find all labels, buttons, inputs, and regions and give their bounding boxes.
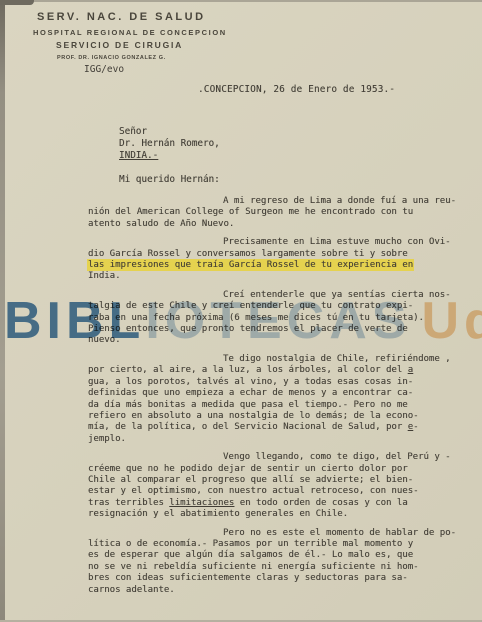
- letter-line: Te digo nostalgia de Chile, refiriéndome…: [88, 354, 434, 365]
- letter-line: nión del American College of Surgeon me …: [88, 207, 434, 218]
- body-text-segment: mía, de la política, o del Servicio Naci…: [88, 422, 408, 432]
- recipient-block: Señor Dr. Hernán Romero, INDIA.-: [119, 126, 220, 163]
- letter-line: tras terribles limitaciones en todo orde…: [88, 498, 434, 509]
- scan-edge-left: [0, 0, 5, 622]
- letter-body: A mi regreso de Lima a donde fuí a una r…: [88, 196, 434, 603]
- body-text-segment: refiero en absoluto a una nostalgia de l…: [88, 411, 419, 421]
- letter-line: da día más bonitas a medida que pasa el …: [88, 400, 434, 411]
- body-text-segment: Chile al comparar el progreso que allí s…: [88, 475, 413, 485]
- letter-line: gua, a los porotos, talvés al vino, y a …: [88, 377, 434, 388]
- letterhead-reference-code: IGG/evo: [84, 64, 124, 75]
- body-text-segment: estar y el optimismo, con nuestro actual…: [88, 486, 419, 496]
- letter-line: es de esperar que algún día salgamos de …: [88, 550, 434, 561]
- body-text-segment: dio García Rossel y conversamos largamen…: [88, 249, 408, 259]
- body-text-segment: es de esperar que algún día salgamos de …: [88, 550, 413, 560]
- letter-line: A mi regreso de Lima a donde fuí a una r…: [88, 196, 434, 207]
- letter-line: Vengo llegando, como te digo, del Perú y…: [88, 452, 434, 463]
- body-text-segment: Creí entenderle que ya sentías cierta no…: [223, 290, 451, 300]
- letter-line: refiero en absoluto a una nostalgia de l…: [88, 411, 434, 422]
- letter-line: nuevo.: [88, 335, 434, 346]
- body-text-segment: en todo orden de cosas y con la: [234, 498, 407, 508]
- body-text-segment: carnos adelante.: [88, 585, 175, 595]
- paragraph: Precisamente en Lima estuve mucho con Ov…: [88, 237, 434, 283]
- body-text-segment: Pienso entonces, que pronto tendremos el…: [88, 324, 408, 334]
- salutation: Mi querido Hernán:: [119, 174, 220, 185]
- letter-line: Pero no es este el momento de hablar de …: [88, 528, 434, 539]
- paragraph: Creí entenderle que ya sentías cierta no…: [88, 290, 434, 347]
- body-text-segment: A mi regreso de Lima a donde fuí a una r…: [223, 196, 456, 206]
- letter-line: jemplo.: [88, 434, 434, 445]
- letter-line: raba en una fecha próxima (6 meses me di…: [88, 313, 434, 324]
- body-text-segment: limitaciones: [169, 498, 234, 508]
- letterhead-hospital: HOSPITAL REGIONAL DE CONCEPCION: [33, 28, 227, 37]
- letter-line: Chile al comparar el progreso que allí s…: [88, 475, 434, 486]
- body-text-segment: bres con ideas suficientemente claras y …: [88, 573, 408, 583]
- body-text-segment: nuevo.: [88, 335, 121, 345]
- letter-line: India.: [88, 271, 434, 282]
- body-text-segment: -: [413, 422, 418, 432]
- body-text-segment: gua, a los porotos, talvés al vino, y a …: [88, 377, 413, 387]
- letter-line: Precisamente en Lima estuve mucho con Ov…: [88, 237, 434, 248]
- body-text-segment: por cierto, al aire, a la luz, a los árb…: [88, 365, 408, 375]
- letter-line: talgia de este Chile y creí entenderle q…: [88, 301, 434, 312]
- body-text-segment: créeme que no he podido dejar de sentir …: [88, 464, 408, 474]
- body-text-segment: a: [408, 365, 413, 375]
- letter-line: mía, de la política, o del Servicio Naci…: [88, 422, 434, 433]
- letter-line: por cierto, al aire, a la luz, a los árb…: [88, 365, 434, 376]
- letter-line: las impresiones que traía García Rossel …: [88, 260, 434, 271]
- letter-line: bres con ideas suficientemente claras y …: [88, 573, 434, 584]
- body-text-segment: no se ve ni rebeldía suficiente ni energ…: [88, 562, 419, 572]
- letterhead-institution: SERV. NAC. DE SALUD: [37, 11, 206, 23]
- recipient-honorific: Señor: [119, 126, 220, 138]
- scan-corner-mark: [0, 0, 34, 5]
- letter-line: atento saludo de Año Nuevo.: [88, 219, 434, 230]
- letter-line: resignación y el abatimiento generales e…: [88, 509, 434, 520]
- body-text-segment: Pero no es este el momento de hablar de …: [223, 528, 456, 538]
- body-text-segment: Vengo llegando, como te digo, del Perú y…: [223, 452, 451, 462]
- body-text-segment: definidas que uno empieza a echar de men…: [88, 388, 413, 398]
- letter-line: Creí entenderle que ya sentías cierta no…: [88, 290, 434, 301]
- body-text-segment: resignación y el abatimiento generales e…: [88, 509, 348, 519]
- highlighted-text: las impresiones que traía García Rossel …: [88, 260, 413, 270]
- body-text-segment: da día más bonitas a medida que pasa el …: [88, 400, 408, 410]
- letter-line: dio García Rossel y conversamos largamen…: [88, 249, 434, 260]
- letter-line: no se ve ni rebeldía suficiente ni energ…: [88, 562, 434, 573]
- body-text-segment: jemplo.: [88, 434, 126, 444]
- scanned-letter-page: SERV. NAC. DE SALUD HOSPITAL REGIONAL DE…: [0, 0, 482, 622]
- paragraph: Te digo nostalgia de Chile, refiriéndome…: [88, 354, 434, 445]
- letter-line: lítica o de economía.- Pasamos por un te…: [88, 539, 434, 550]
- body-text-segment: raba en una fecha próxima (6 meses me di…: [88, 313, 424, 323]
- paragraph: A mi regreso de Lima a donde fuí a una r…: [88, 196, 434, 230]
- dateline: .CONCEPCION, 26 de Enero de 1953.-: [198, 84, 395, 95]
- paragraph: Vengo llegando, como te digo, del Perú y…: [88, 452, 434, 520]
- letterhead-service: SERVICIO DE CIRUGIA: [56, 40, 183, 50]
- letter-line: estar y el optimismo, con nuestro actual…: [88, 486, 434, 497]
- recipient-location: INDIA.-: [119, 150, 220, 162]
- scan-edge-top: [0, 0, 482, 2]
- body-text-segment: Precisamente en Lima estuve mucho con Ov…: [223, 237, 451, 247]
- body-text-segment: India.: [88, 271, 121, 281]
- letter-line: carnos adelante.: [88, 585, 434, 596]
- body-text-segment: nión del American College of Surgeon me …: [88, 207, 413, 217]
- body-text-segment: tras terribles: [88, 498, 169, 508]
- letter-line: créeme que no he podido dejar de sentir …: [88, 464, 434, 475]
- body-text-segment: talgia de este Chile y creí entenderle q…: [88, 301, 413, 311]
- letterhead-doctor: PROF. DR. IGNACIO GONZALEZ G.: [57, 55, 166, 61]
- body-text-segment: atento saludo de Año Nuevo.: [88, 219, 234, 229]
- recipient-name: Dr. Hernán Romero,: [119, 138, 220, 150]
- letter-line: definidas que uno empieza a echar de men…: [88, 388, 434, 399]
- paragraph: Pero no es este el momento de hablar de …: [88, 528, 434, 596]
- letter-line: Pienso entonces, que pronto tendremos el…: [88, 324, 434, 335]
- body-text-segment: lítica o de economía.- Pasamos por un te…: [88, 539, 413, 549]
- body-text-segment: Te digo nostalgia de Chile, refiriéndome…: [223, 354, 451, 364]
